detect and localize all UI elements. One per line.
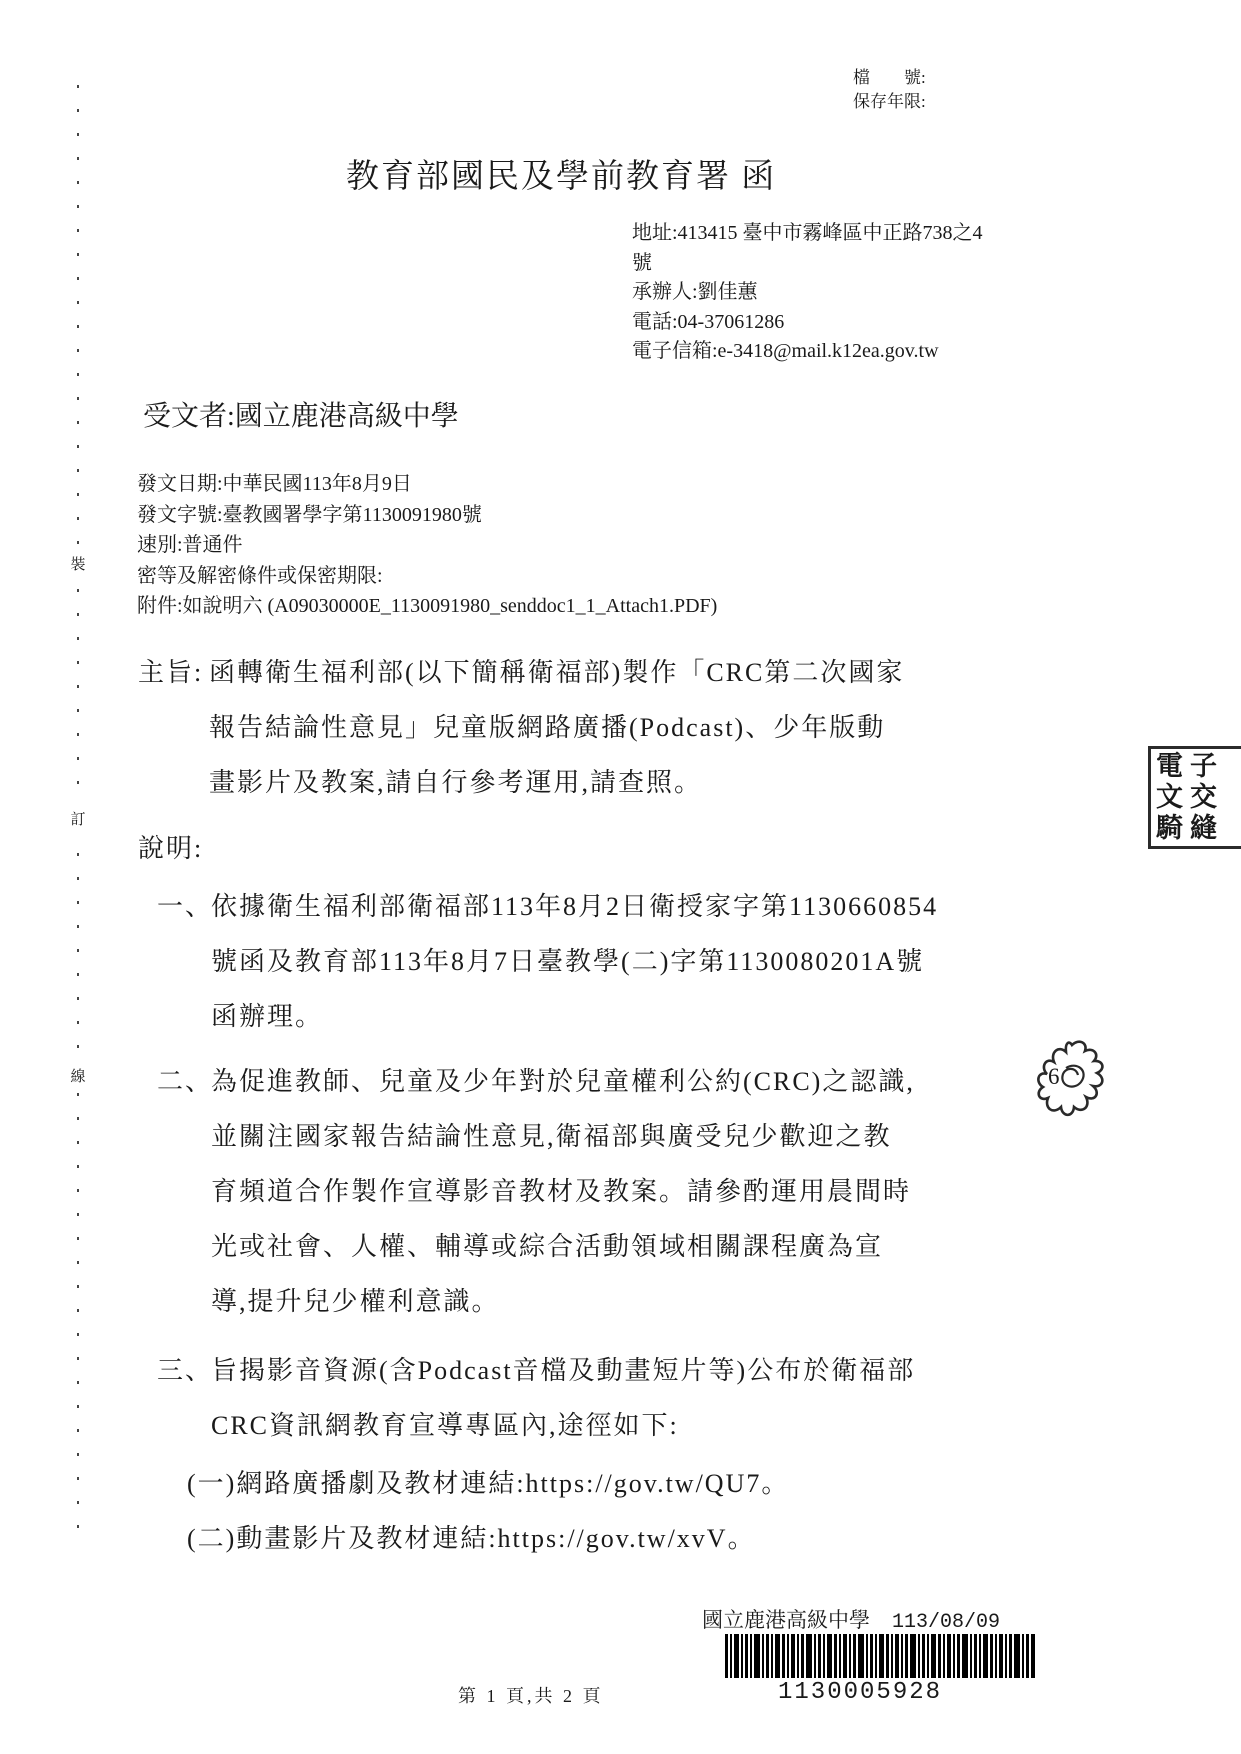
item-line: 並關注國家報告結論性意見,衛福部與廣受兒少歡迎之教: [211, 1116, 892, 1153]
stamp-row: 文交: [1156, 782, 1241, 813]
sender-email: 電子信箱:e-3418@mail.k12ea.gov.tw: [632, 337, 983, 367]
issue-number: 發文字號:臺教國署學字第1130091980號: [137, 500, 717, 531]
file-number-label: 檔 號:: [853, 66, 926, 90]
item-line: 育頻道合作製作宣導影音教材及教案。請參酌運用晨間時: [211, 1171, 911, 1208]
receiving-date: 113/08/09: [892, 1611, 1000, 1634]
page-seal-number: 6: [1048, 1064, 1060, 1090]
sender-contact-person: 承辦人:劉佳蕙: [632, 278, 983, 308]
official-letter-page: 檔 號: 保存年限: 教育部國民及學前教育署 函 地址:413415 臺中市霧峰…: [0, 0, 1241, 1754]
item-line: 依據衛生福利部衛福部113年8月2日衛授家字第1130660854: [211, 886, 938, 923]
speed-class: 速別:普通件: [137, 530, 717, 561]
item-line: 光或社會、人權、輔導或綜合活動領域相關課程廣為宣: [211, 1226, 883, 1263]
subject-line: 畫影片及教案,請自行參考運用,請查照。: [209, 762, 702, 799]
binding-label-zhuang: 裝: [68, 550, 88, 577]
item-line: CRC資訊網教育宣導專區內,途徑如下:: [211, 1405, 679, 1442]
item-line: 函辦理。: [211, 996, 323, 1033]
item-number: 三、: [157, 1350, 213, 1387]
file-number-block: 檔 號: 保存年限:: [853, 66, 926, 114]
barcode: [725, 1634, 1035, 1683]
page-number-info: 第 1 頁,共 2 頁: [458, 1682, 604, 1708]
explanation-label: 說明:: [138, 828, 203, 865]
item-number: 一、: [157, 886, 213, 923]
security-class: 密等及解密條件或保密期限:: [137, 561, 717, 592]
sender-address-line1: 地址:413415 臺中市霧峰區中正路738之4: [632, 219, 983, 249]
subitem-line: (二)動畫影片及教材連結:https://gov.tw/xvV。: [187, 1518, 756, 1555]
retention-period-label: 保存年限:: [853, 90, 926, 114]
item-line: 號函及教育部113年8月7日臺教學(二)字第1130080201A號: [211, 941, 924, 978]
binding-label-ding: 訂: [68, 805, 88, 832]
subitem-line: (一)網路廣播劇及教材連結:https://gov.tw/QU7。: [187, 1463, 789, 1500]
item-line: 為促進教師、兒童及少年對於兒童權利公約(CRC)之認識,: [211, 1061, 915, 1098]
receiving-school-stamp: 國立鹿港高級中學113/08/09: [702, 1604, 1000, 1634]
item-line: 導,提升兒少權利意識。: [211, 1281, 500, 1318]
recipient-line: 受文者:國立鹿港高級中學: [143, 394, 459, 434]
sender-phone: 電話:04-37061286: [632, 308, 983, 338]
item-line: 旨揭影音資源(含Podcast音檔及動畫短片等)公布於衛福部: [211, 1350, 915, 1387]
binding-label-xian: 線: [68, 1062, 88, 1089]
electronic-exchange-stamp: 電子 文交 騎縫: [1148, 746, 1241, 849]
sender-address-line2: 號: [632, 249, 983, 279]
page-seal-scribble-icon: [1036, 1036, 1108, 1133]
sender-info-block: 地址:413415 臺中市霧峰區中正路738之4 號 承辦人:劉佳蕙 電話:04…: [632, 219, 983, 367]
stamp-row: 騎縫: [1156, 813, 1241, 844]
issue-date: 發文日期:中華民國113年8月9日: [137, 469, 717, 500]
barcode-number: 1130005928: [778, 1679, 942, 1706]
subject-line: 報告結論性意見」兒童版網路廣播(Podcast)、少年版動: [209, 707, 885, 744]
item-number: 二、: [157, 1061, 213, 1098]
stamp-row: 電子: [1156, 751, 1241, 782]
receiving-school-name: 國立鹿港高級中學: [702, 1608, 870, 1632]
subject-line: 函轉衛生福利部(以下簡稱衛福部)製作「CRC第二次國家: [209, 652, 904, 689]
subject-label: 主旨:: [138, 652, 203, 689]
attachment-line: 附件:如說明六 (A09030000E_1130091980_senddoc1_…: [137, 591, 717, 622]
document-title: 教育部國民及學前教育署 函: [346, 150, 776, 197]
document-meta-block: 發文日期:中華民國113年8月9日 發文字號:臺教國署學字第1130091980…: [137, 469, 717, 622]
